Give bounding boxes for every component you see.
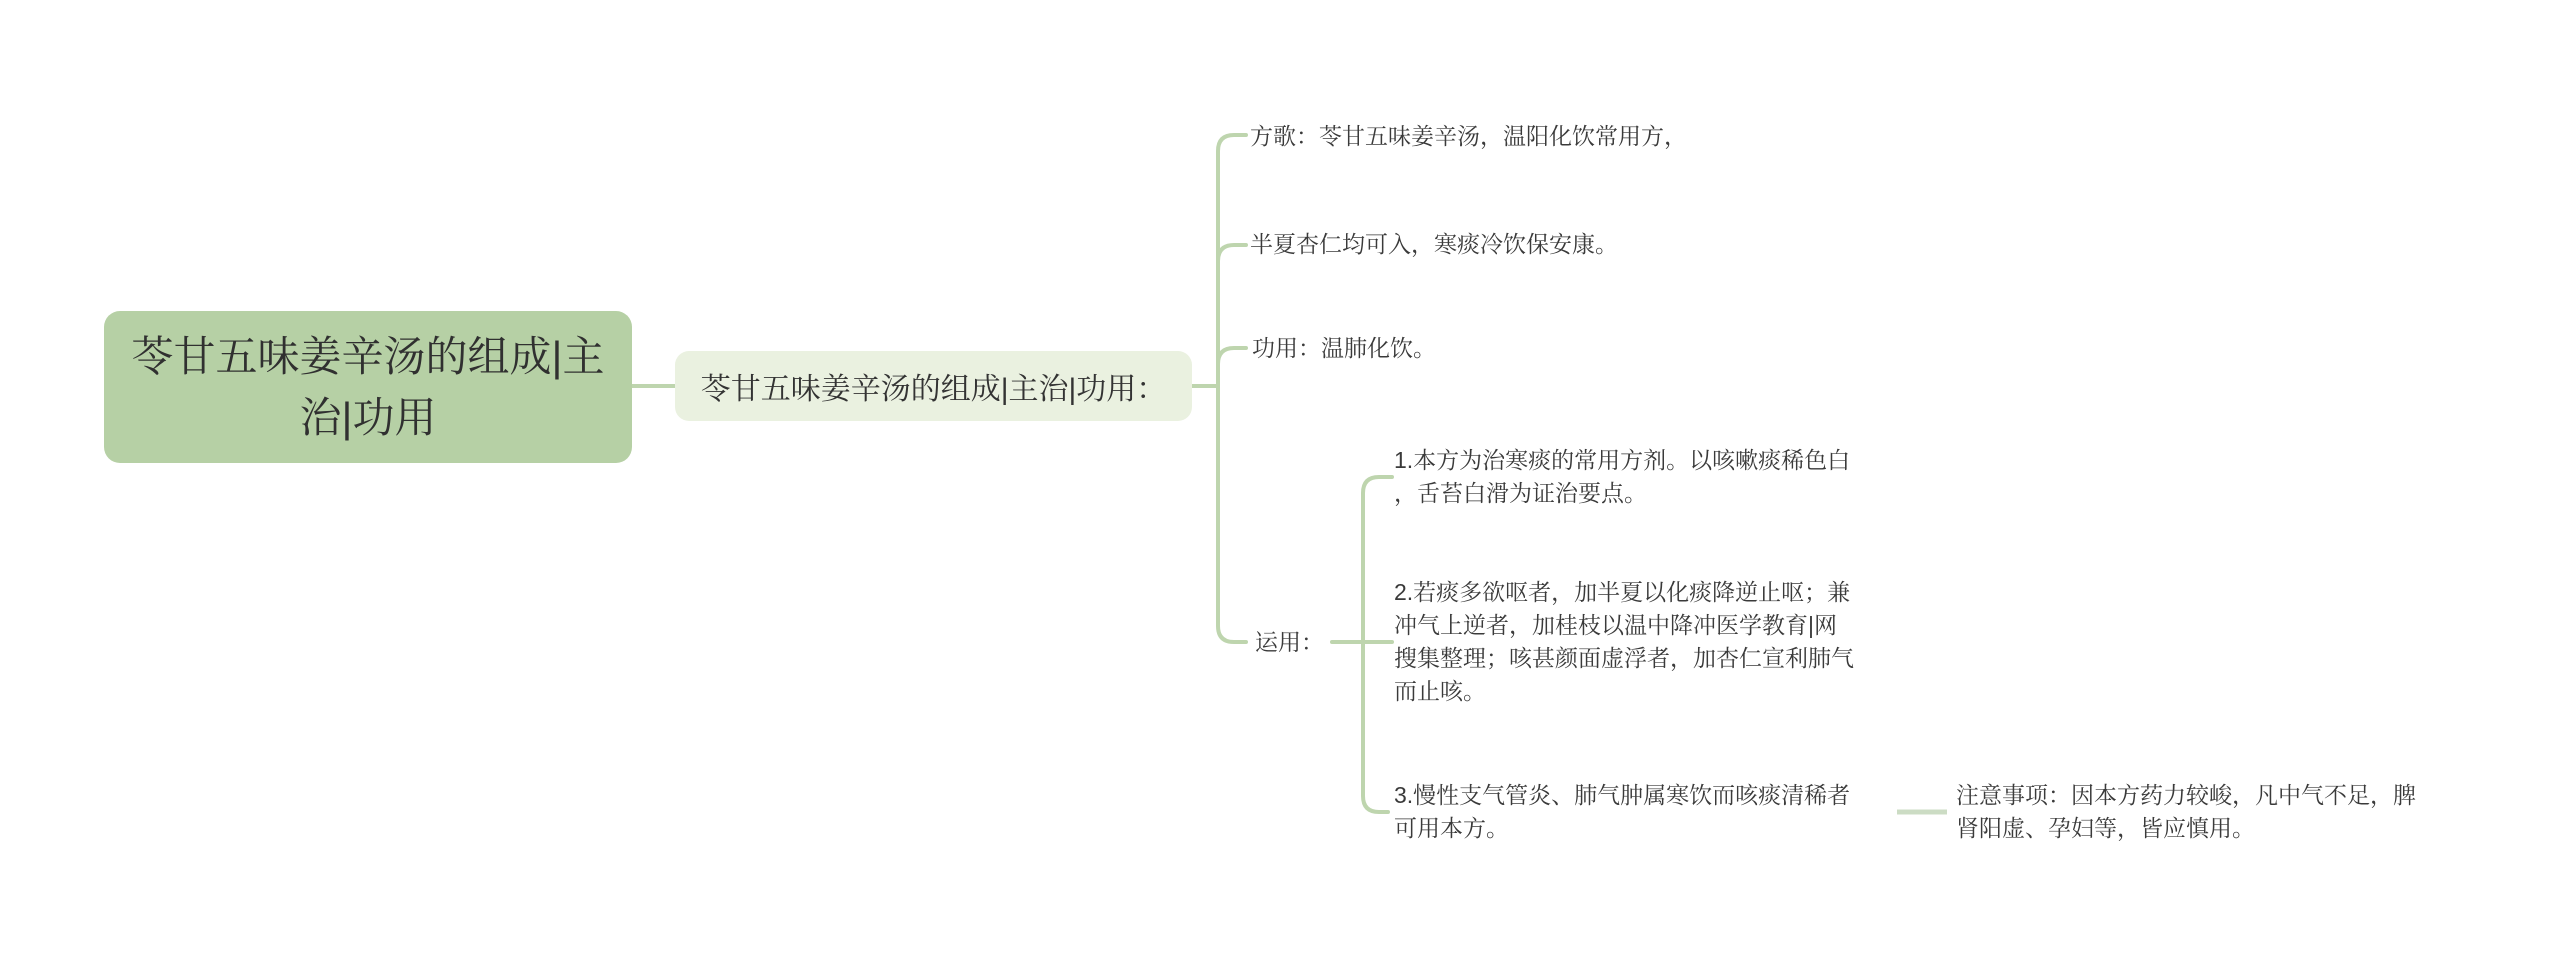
main-topic-label: 苓甘五味姜辛汤的组成|主治|功用： [701,364,1167,408]
yunyong-item-3[interactable]: 3.慢性支气管炎、肺气肿属寒饮而咳痰清稀者 可用本方。 [1394,779,1914,845]
mindmap-canvas: 苓甘五味姜辛汤的组成|主治|功用 苓甘五味姜辛汤的组成|主治|功用： 方歌：苓甘… [0,0,2560,961]
connector-children-bracket [1363,477,1392,812]
branch-banxia[interactable]: 半夏杏仁均可入，寒痰冷饮保安康。 [1250,228,1618,261]
branch-yunyong[interactable]: 运用： [1255,626,1324,659]
yunyong-item-1[interactable]: 1.本方为治寒痰的常用方剂。以咳嗽痰稀色白 ，舌苔白滑为证治要点。 [1394,444,1914,510]
branch-gongyong[interactable]: 功用：温肺化饮。 [1252,332,1436,365]
root-topic-node[interactable]: 苓甘五味姜辛汤的组成|主治|功用 [104,311,632,463]
root-topic-label: 苓甘五味姜辛汤的组成|主治|功用 [124,326,612,448]
connector-main-bracket [1218,135,1246,642]
note-caution[interactable]: 注意事项：因本方药力较峻，凡中气不足，脾 肾阳虚、孕妇等，皆应慎用。 [1956,779,2436,845]
connector-branch-gongyong [1218,348,1246,364]
yunyong-item-2[interactable]: 2.若痰多欲呕者，加半夏以化痰降逆止呕；兼 冲气上逆者，加桂枝以温中降冲医学教育… [1394,576,1914,708]
branch-fangge[interactable]: 方歌：苓甘五味姜辛汤，温阳化饮常用方， [1250,120,1687,153]
main-topic-node[interactable]: 苓甘五味姜辛汤的组成|主治|功用： [675,351,1192,421]
connector-branch-banxia [1218,245,1246,261]
